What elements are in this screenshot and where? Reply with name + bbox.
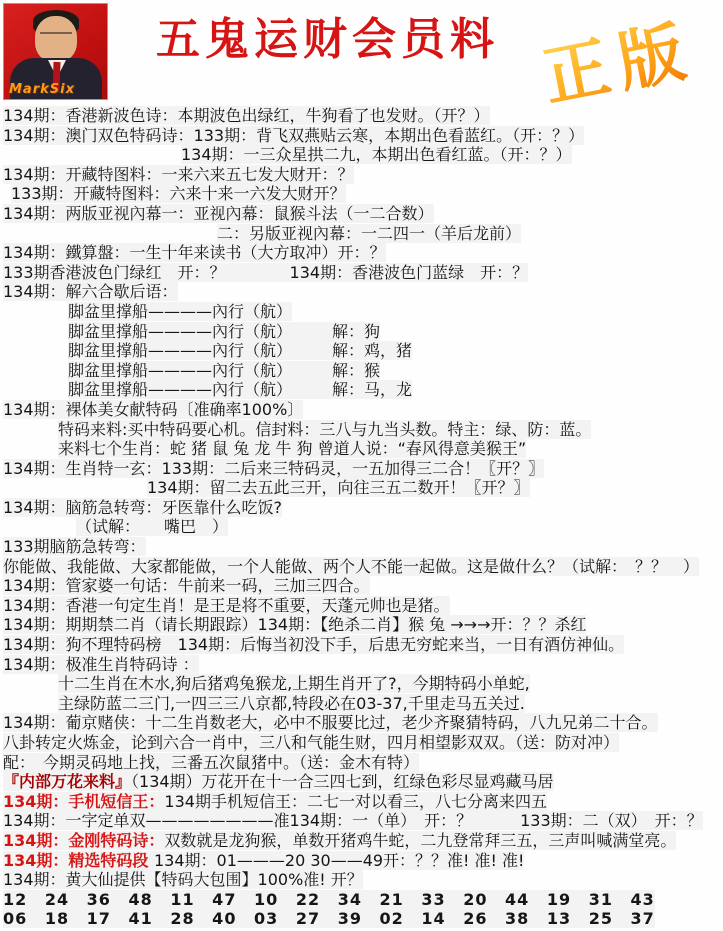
tip-line: 八卦转定火炼金，论到六合一肖中，三八和气能生财，四月相望影双双。（送：防对冲）: [3, 733, 721, 753]
tip-text: 134期：手机短信王：: [3, 792, 164, 811]
tip-line: 134期：香港新波色诗：本期波色出绿红，牛狗看了也发财。（开？）: [3, 106, 721, 126]
tip-text: 134期：金刚特码诗：: [3, 831, 164, 850]
tip-text: 134期：生肖特一玄：133期：二后来三特码灵，一五加得三二合！〖开？〗: [3, 459, 544, 478]
tip-text: 134期：裸体美女献特码〔准确率100%〕: [3, 400, 303, 419]
tip-text: （试解： 嘴巴 ）: [76, 517, 228, 536]
tip-line: 你能做、我能做、大家都能做，一个人能做、两个人不能一起做。这是做什么？（试解： …: [3, 557, 721, 577]
tip-line: 来料七个生肖：蛇 猪 鼠 兔 龙 牛 狗 曾道人说：“春风得意美猴王”: [3, 439, 721, 459]
authentic-watermark: 正版: [534, 0, 701, 119]
tip-line: 134期：澳门双色特码诗：133期：背飞双燕贴云寒，本期出色看蓝红。（开：？）: [3, 126, 721, 146]
tip-line: 134期：裸体美女献特码〔准确率100%〕: [3, 400, 721, 420]
tip-text: 主绿防蓝二三门,一四三三八京都,特段必在03-37,千里走马五关过.: [58, 694, 525, 713]
tip-text: 133期：开藏特图料：六来十来一六发大财开？: [11, 184, 346, 203]
tip-text: 133期香港波色门绿红 开：？ 134期：香港波色门蓝绿 开：？: [3, 263, 528, 282]
tip-text: 你能做、我能做、大家都能做，一个人能做、两个人不能一起做。这是做什么？（试解： …: [3, 557, 699, 576]
tip-text: 脚盆里撑船————內行（航）: [68, 302, 292, 321]
tip-line: 脚盆里撑船————內行（航） 解：猴: [3, 361, 721, 381]
tip-text: 134期：解六合歇后语：: [3, 282, 178, 301]
tip-text: 134期手机短信王：二七一对以看三，八七分离来四五: [164, 792, 547, 811]
tip-text: 133期脑筋急转弯：: [3, 537, 146, 556]
tip-line: 134期：留二去五此三开，向往三五二数开！〖开？〗: [3, 478, 721, 498]
tip-text: 134期：留二去五此三开，向往三五二数开！〖开？〗: [147, 478, 530, 497]
tip-line: 配： 今期灵码地上找，三番五次鼠猪中。（送：金木有特）: [3, 753, 721, 773]
tip-text: （134期）万花开在十一合三四七到，红绿色彩尽显鸡藏马居: [131, 772, 554, 791]
tip-line: 134期：生肖特一玄：133期：二后来三特码灵，一五加得三二合！〖开？〗: [3, 459, 721, 479]
tip-text: 134期：鐵算盤：一生十年来读书（大方取冲）开：？: [3, 243, 386, 262]
tip-text: 134期：管家婆一句话：牛前来一码，三加三四合。: [3, 576, 370, 595]
tip-line: 134期：香港一句定生肖！是王是将不重要，天蓬元帅也是猪。: [3, 596, 721, 616]
tip-text: 十二生肖在木水,狗后猪鸡兔猴龙,上期生肖开了?，今期特码小单蛇,: [58, 674, 530, 693]
tip-line: 脚盆里撑船————內行（航） 解：鸡，猪: [3, 341, 721, 361]
tip-line: 134期：极准生肖特码诗 ：: [3, 655, 721, 675]
tip-line: 134期：脑筋急转弯：牙医靠什么吃饭?: [3, 498, 721, 518]
tip-text: 脚盆里撑船————內行（航） 解：马，龙: [68, 380, 412, 399]
tip-line: 主绿防蓝二三门,一四三三八京都,特段必在03-37,千里走马五关过.: [3, 694, 721, 714]
tip-line: 134期：解六合歇后语：: [3, 282, 721, 302]
tip-text: 06 18 17 41 28 40 03 27 39 02 14 26 38 1…: [3, 909, 655, 928]
tip-line: 『内部万花来料』（134期）万花开在十一合三四七到，红绿色彩尽显鸡藏马居: [3, 772, 721, 792]
tip-text: 配： 今期灵码地上找，三番五次鼠猪中。（送：金木有特）: [3, 753, 419, 772]
tip-line: 133期：开藏特图料：六来十来一六发大财开？: [3, 184, 721, 204]
tip-text: 来料七个生肖：蛇 猪 鼠 兔 龙 牛 狗 曾道人说：“春风得意美猴王”: [58, 439, 526, 458]
tip-text: 双数就是龙狗猴，单数开猪鸡牛蛇，二九登常拜三五，三声叫喊满堂亮。: [164, 831, 676, 850]
tip-text: 134期：香港新波色诗：本期波色出绿红，牛狗看了也发财。（开？）: [3, 106, 490, 125]
tip-line: 脚盆里撑船————內行（航） 解：狗: [3, 322, 721, 342]
tip-text: 134期：狗不理特码榜 134期：后悔当初没下手，后患无穷蛇来当，一日有酒仿神仙…: [3, 635, 624, 654]
tip-text: 134期：澳门双色特码诗：133期：背飞双燕贴云寒，本期出色看蓝红。（开：？）: [3, 126, 584, 145]
tip-text: 脚盆里撑船————內行（航） 解：鸡，猪: [68, 341, 412, 360]
tip-line: （试解： 嘴巴 ）: [3, 517, 721, 537]
tip-sheet: MarkSix 五鬼运财会员料 正版 134期：香港新波色诗：本期波色出绿红，牛…: [0, 0, 723, 931]
tip-text: 134期：黄大仙提供【特码大包围】100%准! 开？: [3, 870, 363, 889]
tip-text: 134期：一字定单双————————准134期：一（单） 开：？ 133期：二（…: [3, 811, 703, 830]
tip-text: 『内部万花来料』: [3, 772, 131, 791]
editor-photo: MarkSix: [3, 3, 108, 100]
tip-text: 134期：脑筋急转弯：牙医靠什么吃饭?: [3, 498, 282, 517]
page-title: 五鬼运财会员料: [156, 14, 499, 66]
tip-line: 134期：一三众星拱二九，本期出色看红蓝。（开：？）: [3, 145, 721, 165]
tip-text: 脚盆里撑船————內行（航） 解：猴: [68, 361, 380, 380]
tip-line: 二：另版亚视內幕：一二四一（羊后龙前）: [3, 224, 721, 244]
tip-line: 134期：手机短信王：134期手机短信王：二七一对以看三，八七分离来四五: [3, 792, 721, 812]
tip-line: 十二生肖在木水,狗后猪鸡兔猴龙,上期生肖开了?，今期特码小单蛇,: [3, 674, 721, 694]
photo-caption: MarkSix: [9, 82, 75, 97]
tip-line: 134期：金刚特码诗：双数就是龙狗猴，单数开猪鸡牛蛇，二九登常拜三五，三声叫喊满…: [3, 831, 721, 851]
tip-text: 134期：精选特码段: [3, 851, 154, 870]
tip-text: 134期：期期禁二肖（请长期跟踪）134期：【绝杀二肖】猴 兔 →→→开：？？杀…: [3, 615, 586, 634]
number-row: 06 18 17 41 28 40 03 27 39 02 14 26 38 1…: [3, 909, 721, 929]
tip-line: 134期：鐵算盤：一生十年来读书（大方取冲）开：？: [3, 243, 721, 263]
tip-line: 134期：管家婆一句话：牛前来一码，三加三四合。: [3, 576, 721, 596]
tip-text: 134期：开藏特图料：一来六来五七发大财开：？: [3, 165, 354, 184]
tip-line: 脚盆里撑船————內行（航） 解：马，龙: [3, 380, 721, 400]
tip-text: 八卦转定火炼金，论到六合一肖中，三八和气能生财，四月相望影双双。（送：防对冲）: [3, 733, 619, 752]
tip-line: 134期：黄大仙提供【特码大包围】100%准! 开？: [3, 870, 721, 890]
tip-line: 134期：狗不理特码榜 134期：后悔当初没下手，后患无穷蛇来当，一日有酒仿神仙…: [3, 635, 721, 655]
tip-text: 二：另版亚视內幕：一二四一（羊后龙前）: [217, 224, 521, 243]
tip-text: 134期：葡京赌侠：十二生肖数老大，必中不服要比过，老少齐聚猜特码，八九兄弟二十…: [3, 713, 658, 732]
tip-text: 脚盆里撑船————內行（航） 解：狗: [68, 322, 380, 341]
tip-line: 133期脑筋急转弯：: [3, 537, 721, 557]
tip-text: 134期：极准生肖特码诗 ：: [3, 655, 199, 674]
tip-line: 特码来料:买中特码要心机。信封料：三八与九当头数。特主：绿、防：蓝。: [3, 420, 721, 440]
tips-list: 134期：香港新波色诗：本期波色出绿红，牛狗看了也发财。（开？）134期：澳门双…: [3, 106, 721, 929]
portrait-glasses: [40, 32, 72, 41]
tip-line: 134期：葡京赌侠：十二生肖数老大，必中不服要比过，老少齐聚猜特码，八九兄弟二十…: [3, 713, 721, 733]
number-row: 12 24 36 48 11 47 10 22 34 21 33 20 44 1…: [3, 890, 721, 910]
tip-text: 134期：01———20 30——49开：？？准! 准! 准!: [154, 851, 524, 870]
tip-line: 134期：两版亚视內幕一：亚视內幕：鼠猴斗法（一二合数）: [3, 204, 721, 224]
tip-text: 特码来料:买中特码要心机。信封料：三八与九当头数。特主：绿、防：蓝。: [58, 420, 591, 439]
tip-text: 134期：香港一句定生肖！是王是将不重要，天蓬元帅也是猪。: [3, 596, 450, 615]
tip-line: 134期：开藏特图料：一来六来五七发大财开：？: [3, 165, 721, 185]
tip-line: 134期：期期禁二肖（请长期跟踪）134期：【绝杀二肖】猴 兔 →→→开：？？杀…: [3, 615, 721, 635]
tip-line: 脚盆里撑船————內行（航）: [3, 302, 721, 322]
tip-text: 12 24 36 48 11 47 10 22 34 21 33 20 44 1…: [3, 890, 655, 909]
tip-text: 134期：一三众星拱二九，本期出色看红蓝。（开：？）: [181, 145, 572, 164]
tip-line: 134期：一字定单双————————准134期：一（单） 开：？ 133期：二（…: [3, 811, 721, 831]
tip-text: 134期：两版亚视內幕一：亚视內幕：鼠猴斗法（一二合数）: [3, 204, 434, 223]
tip-line: 134期：精选特码段 134期：01———20 30——49开：？？准! 准! …: [3, 851, 721, 871]
tip-line: 133期香港波色门绿红 开：？ 134期：香港波色门蓝绿 开：？: [3, 263, 721, 283]
